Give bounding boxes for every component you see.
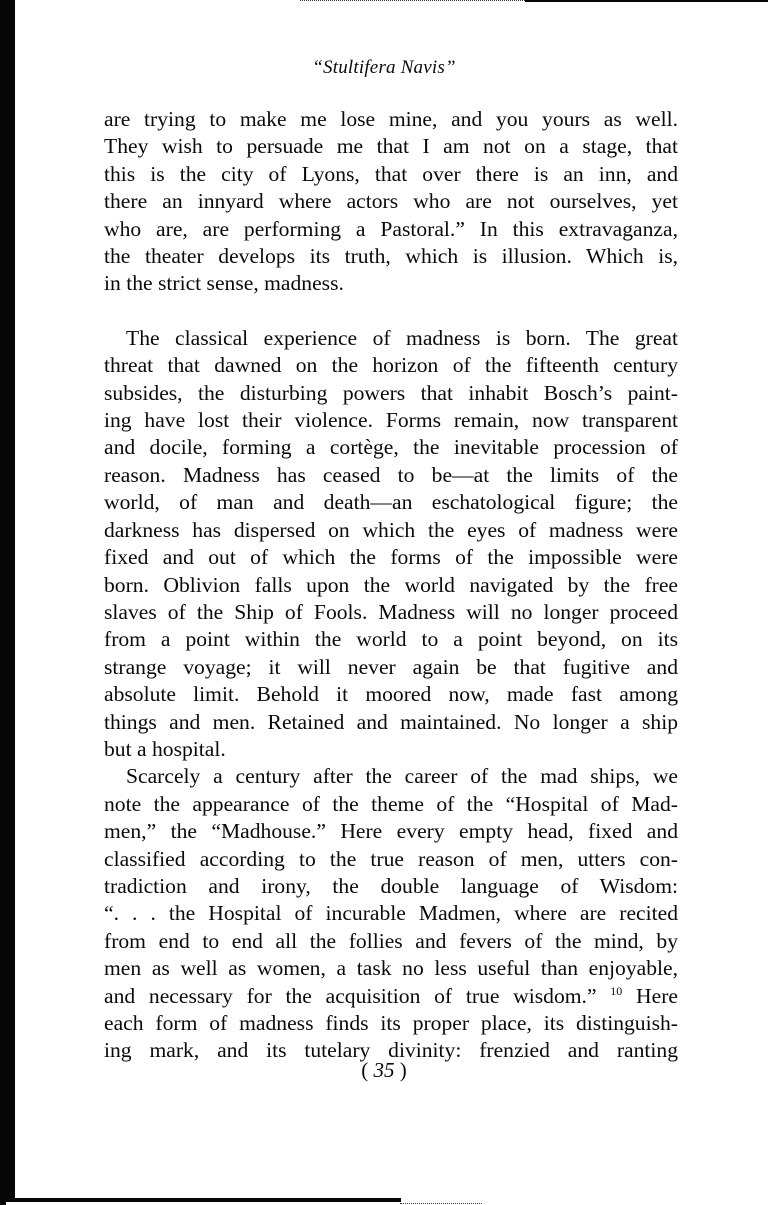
- text-line: tradiction and irony, the double languag…: [104, 873, 678, 900]
- text-line: are trying to make me lose mine, and you…: [104, 106, 678, 133]
- text-line: note the appearance of the theme of the …: [104, 791, 678, 818]
- text-line: The classical experience of madness is b…: [104, 325, 678, 352]
- text-line: reason. Madness has ceased to be—at the …: [104, 462, 678, 489]
- text-line: strange voyage; it will never again be t…: [104, 654, 678, 681]
- text-line: classified according to the true reason …: [104, 846, 678, 873]
- page-number-open-paren: (: [361, 1058, 373, 1082]
- text-line: and docile, forming a cortège, the inevi…: [104, 434, 678, 461]
- text-line: things and men. Retained and maintained.…: [104, 709, 678, 736]
- text-line: there an innyard where actors who are no…: [104, 188, 678, 215]
- scan-left-edge: [0, 0, 15, 1200]
- page-number: ( 35 ): [0, 1058, 768, 1083]
- scan-top-edge-dotted: [300, 0, 525, 1]
- text-line-head: and necessary for the acquisition of tru…: [104, 984, 597, 1008]
- text-line: They wish to persuade me that I am not o…: [104, 133, 678, 160]
- running-head: “Stultifera Navis”: [0, 57, 768, 79]
- text-line: men,” the “Madhouse.” Here every empty h…: [104, 818, 678, 845]
- text-line-tail: Here: [622, 984, 678, 1008]
- page-number-value: 35: [374, 1058, 395, 1082]
- body-text: are trying to make me lose mine, and you…: [104, 106, 678, 1065]
- text-line: who are, are performing a Pastoral.” In …: [104, 216, 678, 243]
- footnote-marker[interactable]: 10: [610, 984, 622, 998]
- text-line: from a point within the world to a point…: [104, 626, 678, 653]
- text-line: from end to end all the follies and feve…: [104, 928, 678, 955]
- scan-top-edge: [525, 0, 768, 2]
- text-line: subsides, the disturbing powers that inh…: [104, 380, 678, 407]
- text-line: threat that dawned on the horizon of the…: [104, 352, 678, 379]
- paragraph-3: Scarcely a century after the career of t…: [104, 763, 678, 1064]
- paragraph-2: The classical experience of madness is b…: [104, 325, 678, 764]
- text-line: but a hospital.: [104, 736, 678, 763]
- text-line: “. . . the Hospital of incurable Madmen,…: [104, 900, 678, 927]
- text-line: men as well as women, a task no less use…: [104, 955, 678, 982]
- text-line-with-footnote: and necessary for the acquisition of tru…: [104, 983, 678, 1010]
- text-line: in the strict sense, madness.: [104, 270, 678, 297]
- text-line: each form of madness finds its proper pl…: [104, 1010, 678, 1037]
- text-line: absolute limit. Behold it moored now, ma…: [104, 681, 678, 708]
- text-line: the theater develops its truth, which is…: [104, 243, 678, 270]
- scan-bottom-edge-dotted: [400, 1203, 482, 1204]
- text-line: Scarcely a century after the career of t…: [104, 763, 678, 790]
- text-line: darkness has dispersed on which the eyes…: [104, 517, 678, 544]
- page-number-close-paren: ): [395, 1058, 407, 1082]
- text-line: born. Oblivion falls upon the world navi…: [104, 572, 678, 599]
- text-line: slaves of the Ship of Fools. Madness wil…: [104, 599, 678, 626]
- text-line: this is the city of Lyons, that over the…: [104, 161, 678, 188]
- text-line: ing have lost their violence. Forms rema…: [104, 407, 678, 434]
- text-line: fixed and out of which the forms of the …: [104, 544, 678, 571]
- scan-bottom-edge: [6, 1198, 401, 1202]
- paragraph-1: are trying to make me lose mine, and you…: [104, 106, 678, 298]
- text-line: world, of man and death—an eschatologica…: [104, 489, 678, 516]
